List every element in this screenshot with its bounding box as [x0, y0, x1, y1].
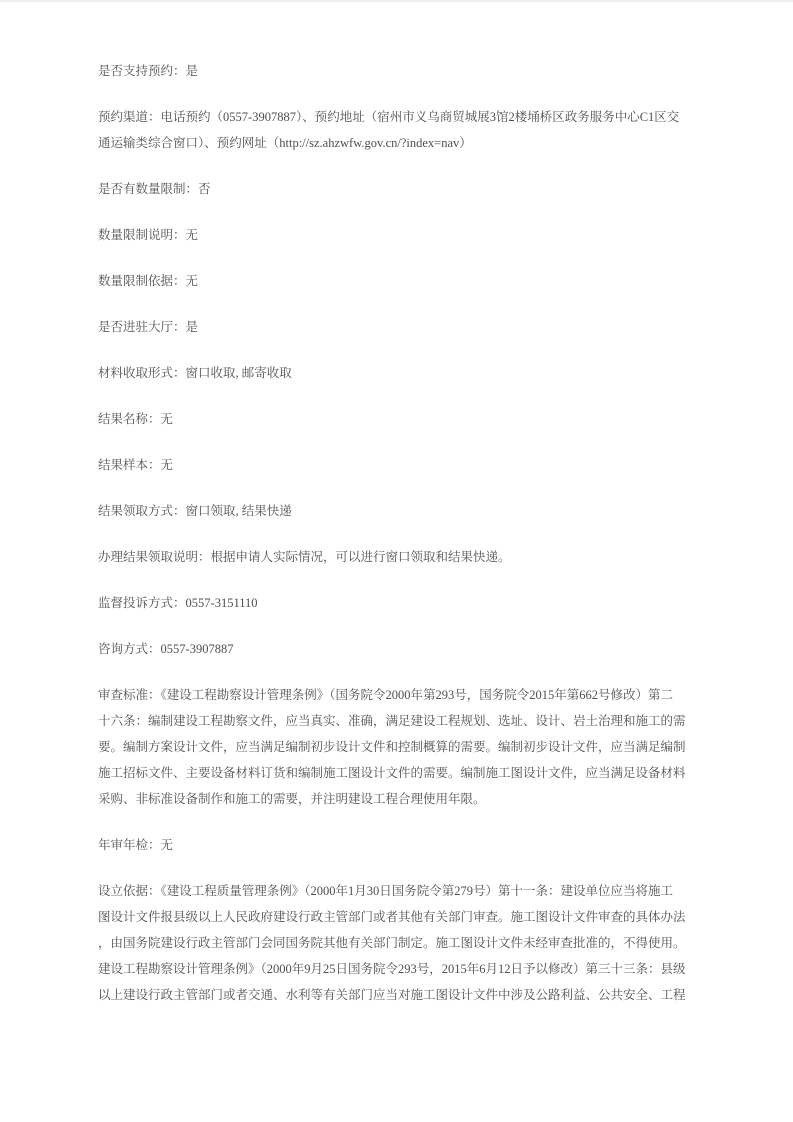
field-hall-presence: 是否进驻大厅：是: [98, 314, 693, 340]
field-value: 0557-3151110: [186, 596, 258, 610]
field-value: 无: [161, 412, 174, 426]
field-value: 否: [198, 182, 211, 196]
field-value: 窗口收取, 邮寄收取: [186, 366, 292, 380]
document-page: 是否支持预约：是 预约渠道：电话预约（0557-3907887）、预约地址（宿州…: [0, 0, 793, 1122]
field-label: 数量限制说明: [98, 228, 173, 242]
field-label: 是否有数量限制: [98, 182, 186, 196]
field-quantity-limit: 是否有数量限制：否: [98, 176, 693, 202]
field-reservation-support: 是否支持预约：是: [98, 58, 693, 84]
field-value: 《建设工程勘察设计管理条例》（国务院令2000年第293号，国务院令2015年第…: [98, 688, 686, 806]
field-label: 咨询方式: [98, 642, 148, 656]
label-separator: ：: [148, 110, 161, 124]
field-quantity-limit-description: 数量限制说明：无: [98, 222, 693, 248]
field-value: 是: [186, 320, 199, 334]
label-separator: ：: [173, 504, 186, 518]
field-label: 结果领取方式: [98, 504, 173, 518]
label-separator: ：: [148, 412, 161, 426]
field-result-collection-note: 办理结果领取说明：根据申请人实际情况，可以进行窗口领取和结果快递。: [98, 544, 693, 570]
label-separator: ：: [173, 366, 186, 380]
field-value: 根据申请人实际情况，可以进行窗口领取和结果快递。: [211, 550, 511, 564]
field-value: 窗口领取, 结果快递: [186, 504, 292, 518]
field-establishment-basis: 设立依据：《建设工程质量管理条例》（2000年1月30日国务院令第279号）第十…: [98, 878, 693, 1008]
label-separator: ：: [173, 228, 186, 242]
field-consultation: 咨询方式：0557-3907887: [98, 636, 693, 662]
label-separator: ：: [198, 550, 211, 564]
field-label: 审查标准: [98, 688, 148, 702]
field-result-name: 结果名称：无: [98, 406, 693, 432]
field-label: 数量限制依据: [98, 274, 173, 288]
field-value: 无: [186, 274, 199, 288]
field-value: 无: [186, 228, 199, 242]
label-separator: ：: [148, 642, 161, 656]
label-separator: ：: [173, 596, 186, 610]
field-value: 无: [161, 838, 174, 852]
field-quantity-limit-basis: 数量限制依据：无: [98, 268, 693, 294]
label-separator: ：: [186, 182, 199, 196]
field-value: 是: [186, 64, 199, 78]
label-separator: ：: [148, 838, 161, 852]
field-label: 结果样本: [98, 458, 148, 472]
field-label: 是否进驻大厅: [98, 320, 173, 334]
field-label: 预约渠道: [98, 110, 148, 124]
label-separator: ：: [173, 64, 186, 78]
field-label: 是否支持预约: [98, 64, 173, 78]
field-label: 办理结果领取说明: [98, 550, 198, 564]
field-material-collection-method: 材料收取形式：窗口收取, 邮寄收取: [98, 360, 693, 386]
label-separator: ：: [148, 884, 161, 898]
field-reservation-channels: 预约渠道：电话预约（0557-3907887）、预约地址（宿州市义乌商贸城展3馆…: [98, 104, 693, 156]
field-label: 监督投诉方式: [98, 596, 173, 610]
field-value: 《建设工程质量管理条例》（2000年1月30日国务院令第279号）第十一条：建设…: [98, 884, 686, 1002]
field-result-sample: 结果样本：无: [98, 452, 693, 478]
label-separator: ：: [173, 274, 186, 288]
field-label: 年审年检: [98, 838, 148, 852]
field-annual-inspection: 年审年检：无: [98, 832, 693, 858]
field-value: 无: [161, 458, 174, 472]
label-separator: ：: [148, 688, 161, 702]
label-separator: ：: [148, 458, 161, 472]
field-label: 设立依据: [98, 884, 148, 898]
field-label: 材料收取形式: [98, 366, 173, 380]
field-supervision-complaint: 监督投诉方式：0557-3151110: [98, 590, 693, 616]
field-value: 电话预约（0557-3907887）、预约地址（宿州市义乌商贸城展3馆2楼埇桥区…: [98, 110, 679, 150]
field-review-standard: 审查标准：《建设工程勘察设计管理条例》（国务院令2000年第293号，国务院令2…: [98, 682, 693, 812]
field-result-collection-method: 结果领取方式：窗口领取, 结果快递: [98, 498, 693, 524]
label-separator: ：: [173, 320, 186, 334]
field-label: 结果名称: [98, 412, 148, 426]
field-value: 0557-3907887: [161, 642, 234, 656]
